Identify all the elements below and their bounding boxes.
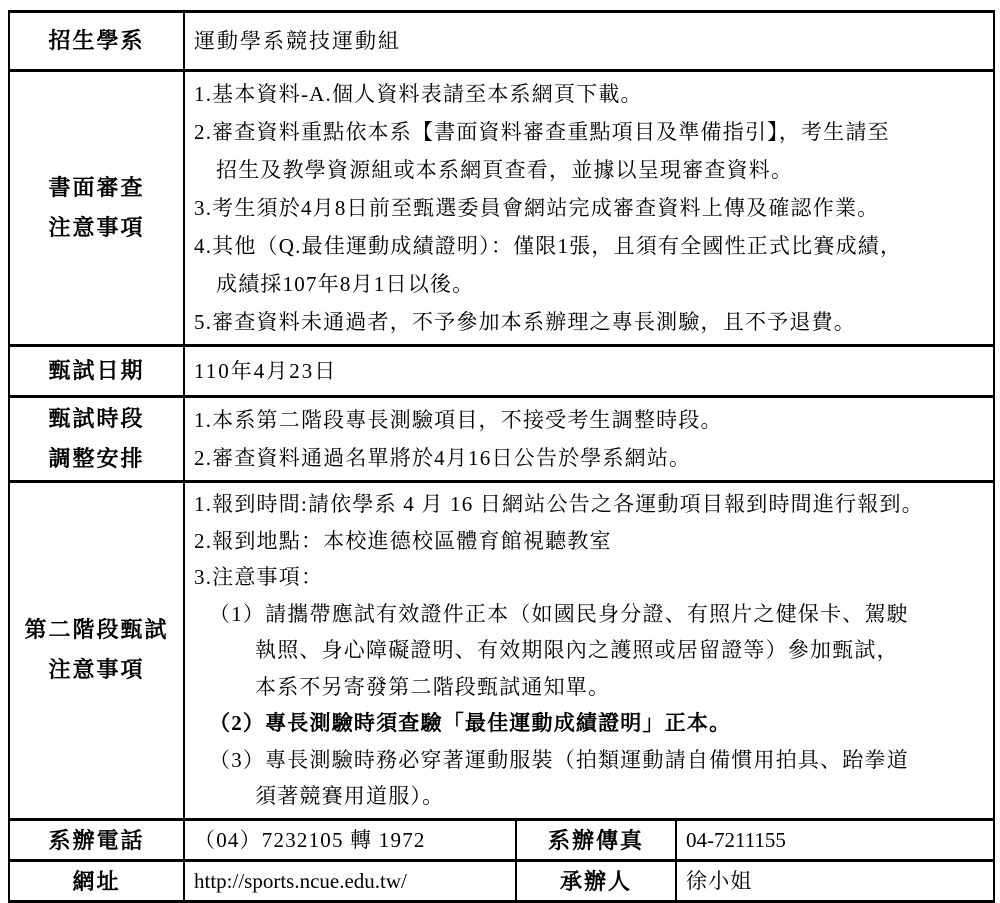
label-text: 注意事項 [10,208,183,248]
text-line: 3.注意事項： [194,559,989,596]
text-line: 2.報到地點：本校進德校區體育館視聽教室 [194,523,989,560]
office-phone-value-cell: （04）7232105 轉 1972 [184,819,516,860]
value-text: 運動學系競技運動組 [194,26,989,56]
label-text: 系辦電話 [10,824,183,855]
text-line: 本系不另寄發第二階段甄試通知單。 [194,669,989,706]
stage2-notes-content-cell: 1.報到時間:請依學系 4 月 16 日網站公告之各運動項目報到時間進行報到。 … [184,482,994,820]
label-text: 招生學系 [10,21,183,61]
label-text: 注意事項 [10,650,183,690]
row-stage2-notes: 第二階段甄試 注意事項 1.報到時間:請依學系 4 月 16 日網站公告之各運動… [9,482,994,820]
contact-person-value: 徐小姐 [686,864,989,888]
label-text: 網址 [10,865,183,887]
admission-dept-label: 招生學系 [9,12,184,71]
text-line: 1.基本資料-A.個人資料表請至本系網頁下載。 [194,75,989,113]
text-line: 3.考生須於4月8日前至甄選委員會網站完成審查資料上傳及確認作業。 [194,189,989,227]
text-line: 1.本系第二階段專長測驗項目，不接受考生調整時段。 [194,401,989,439]
website-value-cell: http://sports.ncue.edu.tw/ [184,860,516,887]
schedule-adjust-label: 甄試時段 調整安排 [9,397,184,482]
exam-date-label: 甄試日期 [9,346,184,397]
fax-value: 04-7211155 [686,823,989,857]
label-text: 調整安排 [10,439,183,479]
row-exam-date: 甄試日期 110年4月23日 [9,346,994,397]
text-line: 須著競賽用道服）。 [194,778,989,815]
label-text: 甄試日期 [10,351,183,391]
text-line: 4.其他（Q.最佳運動成績證明）：僅限1張，且須有全國性正式比賽成績， [194,227,989,265]
exam-date-value-cell: 110年4月23日 [184,346,994,397]
label-text: 甄試時段 [10,399,183,439]
admission-dept-value-cell: 運動學系競技運動組 [184,12,994,71]
stage2-notes-label: 第二階段甄試 注意事項 [9,482,184,820]
text-line: 執照、身心障礙證明、有效期限內之護照或居留證等）參加甄試， [194,632,989,669]
office-phone-label: 系辦電話 [9,819,184,860]
row-website-contact: 網址 http://sports.ncue.edu.tw/ 承辦人 徐小姐 [9,860,994,887]
text-line: 2.審查資料通過名單將於4月16日公告於學系網站。 [194,439,989,477]
office-fax-value-cell: 04-7211155 [676,819,994,860]
phone-value: （04）7232105 轉 1972 [194,823,511,857]
row-office-phone-fax: 系辦電話 （04）7232105 轉 1972 系辦傳真 04-7211155 [9,819,994,860]
contact-person-label: 承辦人 [516,860,676,887]
text-line: （3）專長測驗時務必穿著運動服裝（拍類運動請自備慣用拍具、跆拳道 [194,742,989,779]
office-fax-label: 系辦傳真 [516,819,676,860]
website-url: http://sports.ncue.edu.tw/ [194,864,511,888]
website-label: 網址 [9,860,184,887]
admission-info-table: 招生學系 運動學系競技運動組 書面審查 注意事項 1.基本資料-A.個人資料表請… [8,10,995,887]
contact-person-value-cell: 徐小姐 [676,860,994,887]
row-admission-dept: 招生學系 運動學系競技運動組 [9,12,994,71]
written-review-label: 書面審查 注意事項 [9,71,184,346]
text-line: 招生及教學資源組或本系網頁查看，並據以呈現審查資料。 [194,151,989,189]
text-line: 成績採107年8月1日以後。 [194,265,989,303]
row-schedule-adjust: 甄試時段 調整安排 1.本系第二階段專長測驗項目，不接受考生調整時段。 2.審查… [9,397,994,482]
written-review-content-cell: 1.基本資料-A.個人資料表請至本系網頁下載。 2.審查資料重點依本系【書面資料… [184,71,994,346]
text-line: （1）請攜帶應試有效證件正本（如國民身分證、有照片之健保卡、駕駛 [194,596,989,633]
text-line: 5.審查資料未通過者，不予參加本系辦理之專長測驗，且不予退費。 [194,303,989,341]
text-line: 2.審查資料重點依本系【書面資料審查重點項目及準備指引】，考生請至 [194,113,989,151]
row-written-review: 書面審查 注意事項 1.基本資料-A.個人資料表請至本系網頁下載。 2.審查資料… [9,71,994,346]
label-text: 系辦傳真 [517,824,675,855]
value-text: 110年4月23日 [194,356,989,386]
label-text: 承辦人 [517,865,675,887]
schedule-adjust-content-cell: 1.本系第二階段專長測驗項目，不接受考生調整時段。 2.審查資料通過名單將於4月… [184,397,994,482]
text-line: 1.報到時間:請依學系 4 月 16 日網站公告之各運動項目報到時間進行報到。 [194,486,989,523]
label-text: 第二階段甄試 [10,610,183,650]
label-text: 書面審查 [10,168,183,208]
scanned-document: 招生學系 運動學系競技運動組 書面審查 注意事項 1.基本資料-A.個人資料表請… [8,10,995,887]
text-line-emphasized: （2）專長測驗時須查驗「最佳運動成績證明」正本。 [194,705,989,742]
